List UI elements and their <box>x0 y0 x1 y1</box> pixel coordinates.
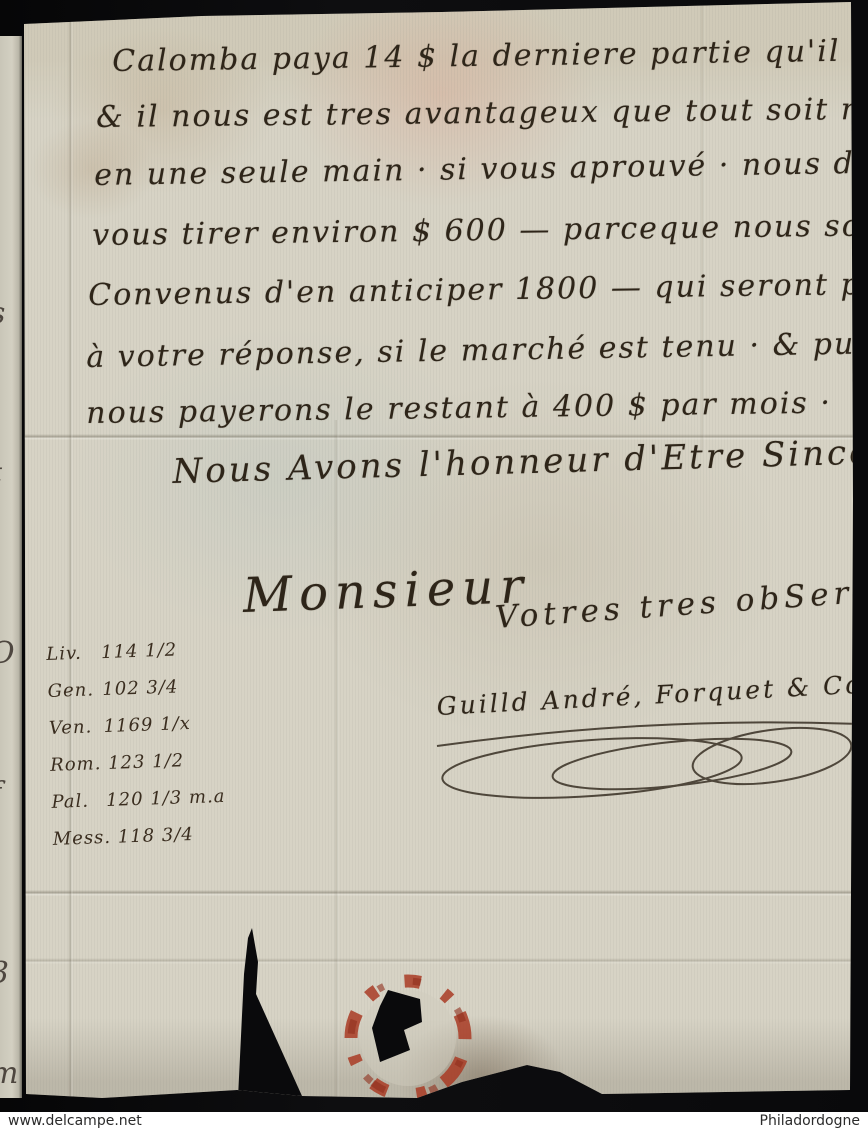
edge-ink-fragment: 3 <box>0 956 9 991</box>
rate-value: 123 1/2 <box>108 750 185 774</box>
letter-body-line: Convenus d'en anticiper 1800 — qui seron… <box>88 266 868 313</box>
rate-place: Pal. <box>51 790 100 813</box>
edge-ink-fragment: m <box>0 1056 18 1091</box>
rate-value: 118 3/4 <box>117 824 194 848</box>
letter-body-line: Calomba paya 14 $ la derniere partie qu'… <box>112 32 868 79</box>
letter-body-line: vous tirer environ $ 600 — parceque nous… <box>92 208 868 253</box>
salutation-monsieur: Monsieur <box>242 558 531 624</box>
letter-body-line: & il nous est tres avantageux que tout s… <box>96 91 868 135</box>
rate-row: Liv. 114 1/2 <box>46 638 221 681</box>
rate-place: Ven. <box>49 716 98 739</box>
letter-body-line: à votre réponse, si le marché est tenu ·… <box>86 326 868 375</box>
signature-courtesy: Votres tres obServ <box>494 573 868 636</box>
listing-photo: ) s t O f 3 m Calomba paya 14 $ la derni… <box>0 0 868 1131</box>
rate-value: 114 1/2 <box>101 639 178 663</box>
photo-black-backdrop: ) s t O f 3 m Calomba paya 14 $ la derni… <box>0 0 868 1112</box>
seller-watermark: Philadordogne <box>760 1112 860 1131</box>
delcampe-watermark: www.delcampe.net <box>8 1112 142 1131</box>
rate-place: Liv. <box>46 642 95 665</box>
edge-ink-fragment: O <box>0 636 15 671</box>
fold-crease <box>22 890 853 896</box>
letter-body-line: en une seule main · si vous aprouvé · no… <box>94 145 868 193</box>
rate-place: Gen. <box>47 679 96 702</box>
rate-row: Pal. 120 1/3 m.a <box>51 786 226 829</box>
rate-place: Rom. <box>50 753 102 776</box>
rate-value: 120 1/3 m.a <box>106 786 226 811</box>
edge-ink-fragment: t <box>0 456 2 491</box>
edge-ink-fragment: ) <box>0 156 2 191</box>
exchange-rates-list: Liv. 114 1/2 Gen. 102 3/4 Ven. 1169 1/x … <box>46 638 228 866</box>
adjacent-page-edge: ) s t O f 3 m <box>0 36 22 1098</box>
rate-row: Ven. 1169 1/x <box>49 712 224 755</box>
rate-row: Gen. 102 3/4 <box>47 675 222 718</box>
edge-ink-fragment: f <box>0 776 1 811</box>
fold-crease <box>22 958 853 964</box>
letter-sheet: Calomba paya 14 $ la derniere partie qu'… <box>22 0 853 1108</box>
rate-value: 1169 1/x <box>103 713 191 737</box>
closing-line: Nous Avons l'honneur d'Etre Sincere <box>172 431 868 492</box>
rate-place: Mess. <box>52 827 111 850</box>
paper-tear <box>228 928 318 1100</box>
wax-seal <box>328 972 488 1112</box>
signature-flourish <box>432 706 862 816</box>
watermark-footer: www.delcampe.net Philadordogne <box>0 1112 868 1131</box>
fold-crease <box>68 0 73 1108</box>
letter-body-line: nous payerons le restant à 400 $ par moi… <box>86 386 832 431</box>
rate-row: Mess. 118 3/4 <box>52 823 227 866</box>
edge-ink-fragment: s <box>0 296 5 331</box>
rate-value: 102 3/4 <box>102 676 179 700</box>
rate-row: Rom. 123 1/2 <box>50 749 225 792</box>
